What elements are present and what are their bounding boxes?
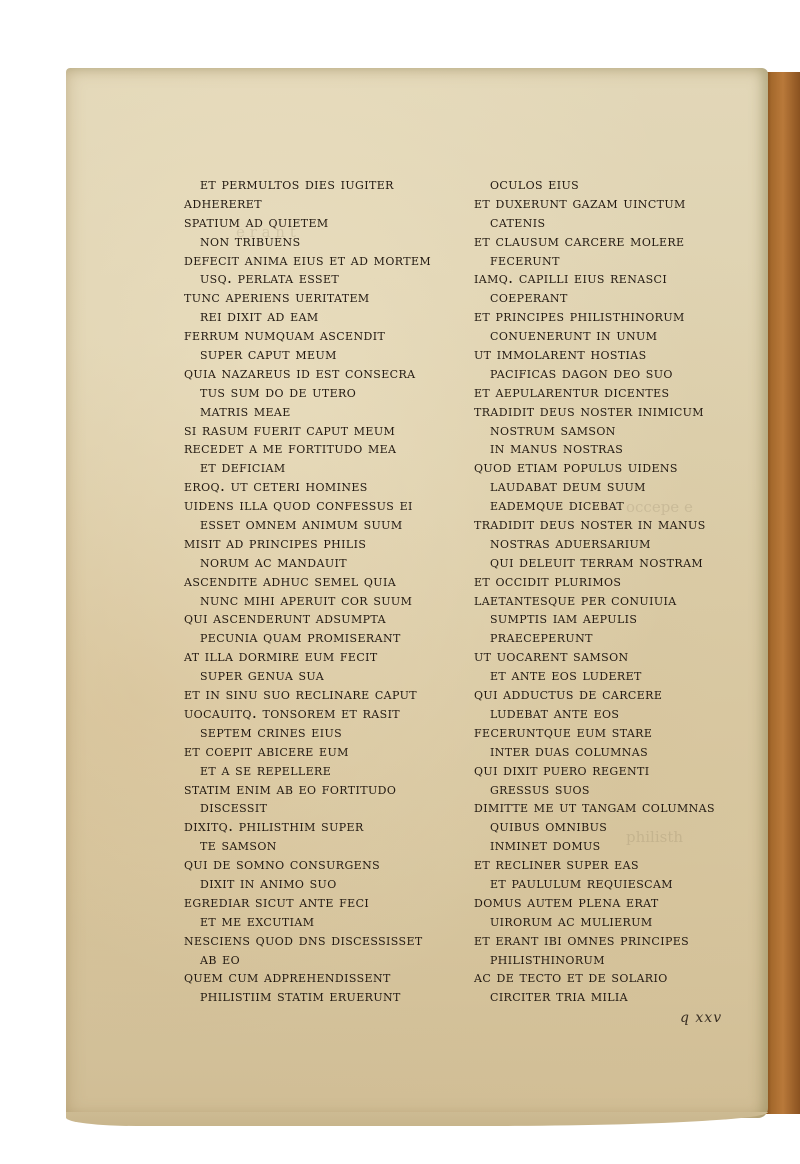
manuscript-line: ET AEPULARENTUR DICENTES	[474, 383, 744, 402]
manuscript-line: MISIT AD PRINCIPES PHILIS	[184, 534, 444, 553]
manuscript-line: TE SAMSON	[184, 836, 444, 855]
manuscript-line: FECERUNTQUE EUM STARE	[474, 723, 744, 742]
manuscript-line: AC DE TECTO ET DE SOLARIO	[474, 968, 744, 987]
manuscript-line: ASCENDITE ADHUC SEMEL QUIA	[184, 572, 444, 591]
manuscript-line: TRADIDIT DEUS NOSTER INIMICUM	[474, 402, 744, 421]
manuscript-line: QUOD ETIAM POPULUS UIDENS	[474, 458, 744, 477]
manuscript-line: DISCESSIT	[184, 798, 444, 817]
manuscript-line: ET COEPIT ABICERE EUM	[184, 742, 444, 761]
manuscript-line: TUS SUM DO DE UTERO	[184, 383, 444, 402]
manuscript-line: ESSET OMNEM ANIMUM SUUM	[184, 515, 444, 534]
manuscript-line: NON TRIBUENS	[184, 232, 444, 251]
manuscript-line: LAETANTESQUE PER CONUIUIA	[474, 591, 744, 610]
manuscript-line: SI RASUM FUERIT CAPUT MEUM	[184, 421, 444, 440]
manuscript-line: CONUENERUNT IN UNUM	[474, 326, 744, 345]
manuscript-line: AB EO	[184, 950, 444, 969]
manuscript-line: PHILISTIIM STATIM ERUERUNT	[184, 987, 444, 1006]
manuscript-line: NORUM AC MANDAUIT	[184, 553, 444, 572]
manuscript-line: ET PERMULTOS DIES IUGITER	[184, 175, 444, 194]
manuscript-line: PRAECEPERUNT	[474, 628, 744, 647]
manuscript-line: UT IMMOLARENT HOSTIAS	[474, 345, 744, 364]
manuscript-line: AT ILLA DORMIRE EUM FECIT	[184, 647, 444, 666]
text-column-left: ET PERMULTOS DIES IUGITERADHERERETSPATIU…	[184, 175, 444, 1006]
manuscript-line: ET IN SINU SUO RECLINARE CAPUT	[184, 685, 444, 704]
manuscript-line: ADHERERET	[184, 194, 444, 213]
manuscript-line: ET ME EXCUTIAM	[184, 912, 444, 931]
manuscript-line: IAMQ. CAPILLI EIUS RENASCI	[474, 269, 744, 288]
manuscript-line: QUIA NAZAREUS ID EST CONSECRA	[184, 364, 444, 383]
manuscript-line: EGREDIAR SICUT ANTE FECI	[184, 893, 444, 912]
manuscript-line: MATRIS MEAE	[184, 402, 444, 421]
manuscript-line: NOSTRUM SAMSON	[474, 421, 744, 440]
manuscript-line: DIXITQ. PHILISTHIM SUPER	[184, 817, 444, 836]
manuscript-line: LUDEBAT ANTE EOS	[474, 704, 744, 723]
manuscript-line: QUI ASCENDERUNT ADSUMPTA	[184, 609, 444, 628]
manuscript-line: ET ERANT IBI OMNES PRINCIPES	[474, 931, 744, 950]
manuscript-line: ET DUXERUNT GAZAM UINCTUM	[474, 194, 744, 213]
manuscript-line: ET OCCIDIT PLURIMOS	[474, 572, 744, 591]
manuscript-line: IN MANUS NOSTRAS	[474, 439, 744, 458]
manuscript-line: QUI ADDUCTUS DE CARCERE	[474, 685, 744, 704]
manuscript-line: SEPTEM CRINES EIUS	[184, 723, 444, 742]
manuscript-line: UOCAUITQ. TONSOREM ET RASIT	[184, 704, 444, 723]
manuscript-line: DOMUS AUTEM PLENA ERAT	[474, 893, 744, 912]
manuscript-line: USQ. PERLATA ESSET	[184, 269, 444, 288]
folio-number: q xxv	[680, 1010, 722, 1026]
manuscript-line: EROQ. UT CETERI HOMINES	[184, 477, 444, 496]
manuscript-line: TRADIDIT DEUS NOSTER IN MANUS	[474, 515, 744, 534]
manuscript-line: UIDENS ILLA QUOD CONFESSUS EI	[184, 496, 444, 515]
manuscript-line: ET DEFICIAM	[184, 458, 444, 477]
manuscript-line: QUI DELEUIT TERRAM NOSTRAM	[474, 553, 744, 572]
manuscript-line: SUMPTIS IAM AEPULIS	[474, 609, 744, 628]
manuscript-line: CATENIS	[474, 213, 744, 232]
manuscript-line: NOSTRAS ADUERSARIUM	[474, 534, 744, 553]
manuscript-line: SUPER GENUA SUA	[184, 666, 444, 685]
manuscript-line: UT UOCARENT SAMSON	[474, 647, 744, 666]
manuscript-line: QUI DE SOMNO CONSURGENS	[184, 855, 444, 874]
manuscript-line: DIXIT IN ANIMO SUO	[184, 874, 444, 893]
manuscript-line: GRESSUS SUOS	[474, 780, 744, 799]
manuscript-line: DEFECIT ANIMA EIUS ET AD MORTEM	[184, 251, 444, 270]
manuscript-line: ET RECLINER SUPER EAS	[474, 855, 744, 874]
manuscript-line: NESCIENS QUOD DNS DISCESSISSET	[184, 931, 444, 950]
text-column-right: OCULOS EIUSET DUXERUNT GAZAM UINCTUMCATE…	[474, 175, 744, 1006]
manuscript-line: QUI DIXIT PUERO REGENTI	[474, 761, 744, 780]
manuscript-line: STATIM ENIM AB EO FORTITUDO	[184, 780, 444, 799]
manuscript-line: SUPER CAPUT MEUM	[184, 345, 444, 364]
manuscript-line: PACIFICAS DAGON DEO SUO	[474, 364, 744, 383]
manuscript-line: PHILISTHINORUM	[474, 950, 744, 969]
manuscript-line: INTER DUAS COLUMNAS	[474, 742, 744, 761]
manuscript-line: COEPERANT	[474, 288, 744, 307]
manuscript-line: REI DIXIT AD EAM	[184, 307, 444, 326]
manuscript-line: DIMITTE ME UT TANGAM COLUMNAS	[474, 798, 744, 817]
manuscript-line: FECERUNT	[474, 251, 744, 270]
manuscript-line: UIRORUM AC MULIERUM	[474, 912, 744, 931]
manuscript-line: CIRCITER TRIA MILIA	[474, 987, 744, 1006]
manuscript-line: LAUDABAT DEUM SUUM	[474, 477, 744, 496]
manuscript-line: ET PAULULUM REQUIESCAM	[474, 874, 744, 893]
manuscript-line: PECUNIA QUAM PROMISERANT	[184, 628, 444, 647]
manuscript-line: INMINET DOMUS	[474, 836, 744, 855]
manuscript-line: ET PRINCIPES PHILISTHINORUM	[474, 307, 744, 326]
manuscript-line: ET ANTE EOS LUDERET	[474, 666, 744, 685]
manuscript-line: TUNC APERIENS UERITATEM	[184, 288, 444, 307]
manuscript-line: QUIBUS OMNIBUS	[474, 817, 744, 836]
manuscript-line: ET CLAUSUM CARCERE MOLERE	[474, 232, 744, 251]
manuscript-line: RECEDET A ME FORTITUDO MEA	[184, 439, 444, 458]
manuscript-line: SPATIUM AD QUIETEM	[184, 213, 444, 232]
manuscript-line: FERRUM NUMQUAM ASCENDIT	[184, 326, 444, 345]
manuscript-line: ET A SE REPELLERE	[184, 761, 444, 780]
manuscript-line: QUEM CUM ADPREHENDISSENT	[184, 968, 444, 987]
manuscript-line: NUNC MIHI APERUIT COR SUUM	[184, 591, 444, 610]
manuscript-line: EADEMQUE DICEBAT	[474, 496, 744, 515]
manuscript-line: OCULOS EIUS	[474, 175, 744, 194]
